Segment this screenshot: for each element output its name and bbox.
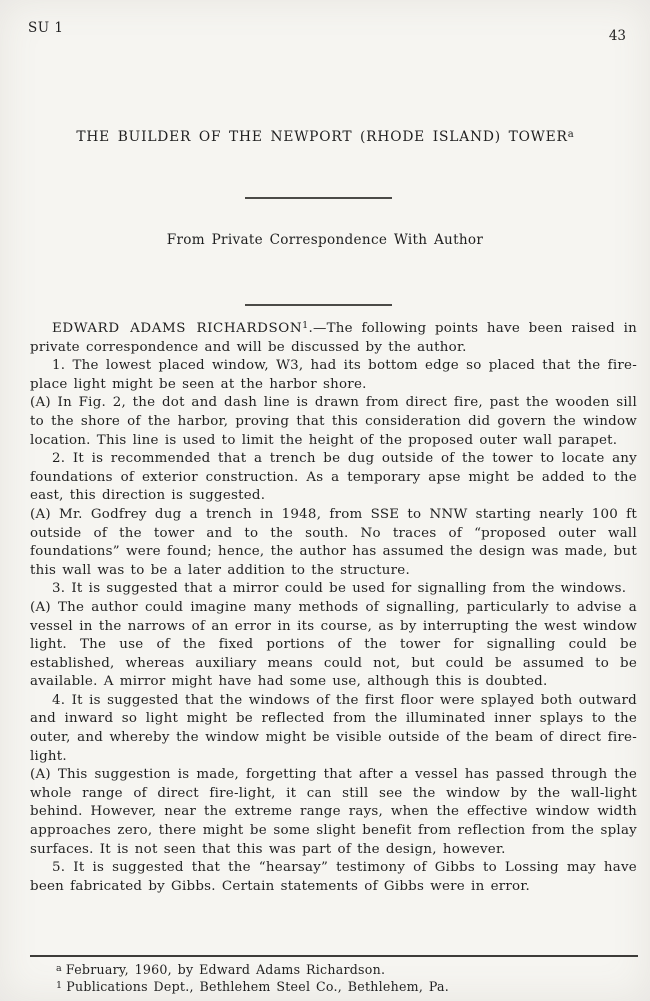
paragraph: 5. It is suggested that the “hearsay” te… (30, 859, 637, 896)
separator-rule-top (245, 197, 392, 199)
paragraph: 3. It is suggested that a mirror could b… (30, 580, 637, 599)
footnotes: aFebruary, 1960, by Edward Adams Richard… (30, 961, 637, 996)
footnote-rule (30, 955, 638, 957)
running-head: SU 1 (28, 20, 64, 36)
author-name: EDWARD ADAMS RICHARDSON (52, 321, 302, 336)
article-body: EDWARD ADAMS RICHARDSON1.—The following … (30, 320, 637, 896)
paragraph: (A) Mr. Godfrey dug a trench in 1948, fr… (30, 506, 637, 580)
footnote-marker: 1 (56, 980, 62, 991)
paragraph: (A) In Fig. 2, the dot and dash line is … (30, 394, 637, 450)
separator-rule-bottom (245, 304, 392, 306)
paragraph: 4. It is suggested that the windows of t… (30, 692, 637, 766)
paragraph: 1. The lowest placed window, W3, had its… (30, 357, 637, 394)
article-title: THE BUILDER OF THE NEWPORT (RHODE ISLAND… (0, 129, 650, 145)
title-footnote-ref: a (568, 129, 574, 140)
footnote: 1Publications Dept., Bethlehem Steel Co.… (56, 978, 637, 995)
footnote-ref: 1 (302, 320, 308, 331)
paragraph: (A) This suggestion is made, forgetting … (30, 766, 637, 859)
paragraph: EDWARD ADAMS RICHARDSON1.—The following … (30, 320, 637, 357)
article-subtitle: From Private Correspondence With Author (0, 232, 650, 248)
footnote: aFebruary, 1960, by Edward Adams Richard… (56, 961, 637, 978)
page-number: 43 (609, 28, 626, 44)
article-title-text: THE BUILDER OF THE NEWPORT (RHODE ISLAND… (76, 129, 567, 145)
document-page: SU 1 43 THE BUILDER OF THE NEWPORT (RHOD… (0, 0, 650, 1001)
paragraph: 2. It is recommended that a trench be du… (30, 450, 637, 506)
paragraph: (A) The author could imagine many method… (30, 599, 637, 692)
footnote-marker: a (56, 963, 62, 974)
